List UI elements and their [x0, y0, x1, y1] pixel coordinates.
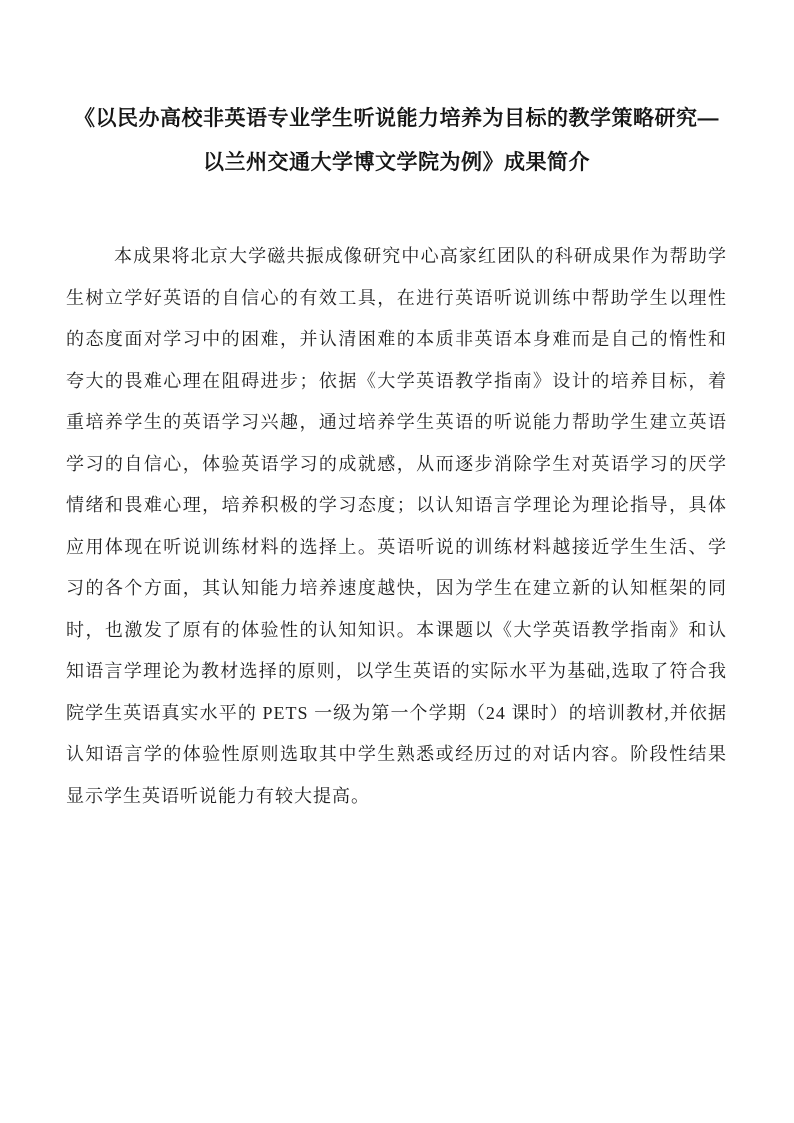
paragraph-line: 显示学生英语听说能力有较大提高。	[66, 776, 727, 818]
document-title: 《以民办高校非英语专业学生听说能力培养为目标的教学策略研究— 以兰州交通大学博文…	[66, 97, 727, 185]
body-paragraph: 本成果将北京大学磁共振成像研究中心高家红团队的科研成果作为帮助学生树立学好英语的…	[66, 236, 727, 817]
paragraph-line: 夸大的畏难心理在阻碍进步；依据《大学英语教学指南》设计的培养目标，着	[66, 361, 727, 403]
paragraph-line: 生树立学好英语的自信心的有效工具，在进行英语听说训练中帮助学生以理性	[66, 278, 727, 320]
paragraph-line: 重培养学生的英语学习兴趣，通过培养学生英语的听说能力帮助学生建立英语	[66, 402, 727, 444]
document-page: 《以民办高校非英语专业学生听说能力培养为目标的教学策略研究— 以兰州交通大学博文…	[0, 0, 794, 1123]
paragraph-line: 情绪和畏难心理，培养积极的学习态度；以认知语言学理论为理论指导，具体	[66, 485, 727, 527]
title-line-1: 《以民办高校非英语专业学生听说能力培养为目标的教学策略研究—	[66, 97, 727, 141]
paragraph-line: 院学生英语真实水平的 PETS 一级为第一个学期（24 课时）的培训教材,并依据	[66, 693, 727, 735]
paragraph-line: 应用体现在听说训练材料的选择上。英语听说的训练材料越接近学生生活、学	[66, 527, 727, 569]
paragraph-line: 习的各个方面，其认知能力培养速度越快，因为学生在建立新的认知框架的同	[66, 568, 727, 610]
paragraph-line: 学习的自信心，体验英语学习的成就感，从而逐步消除学生对英语学习的厌学	[66, 444, 727, 486]
paragraph-line: 知语言学理论为教材选择的原则，以学生英语的实际水平为基础,选取了符合我	[66, 651, 727, 693]
paragraph-line: 本成果将北京大学磁共振成像研究中心高家红团队的科研成果作为帮助学	[66, 236, 727, 278]
paragraph-line: 认知语言学的体验性原则选取其中学生熟悉或经历过的对话内容。阶段性结果	[66, 734, 727, 776]
title-line-2: 以兰州交通大学博文学院为例》成果简介	[66, 141, 727, 185]
paragraph-line: 的态度面对学习中的困难，并认清困难的本质非英语本身难而是自己的惰性和	[66, 319, 727, 361]
paragraph-line: 时，也激发了原有的体验性的认知知识。本课题以《大学英语教学指南》和认	[66, 610, 727, 652]
